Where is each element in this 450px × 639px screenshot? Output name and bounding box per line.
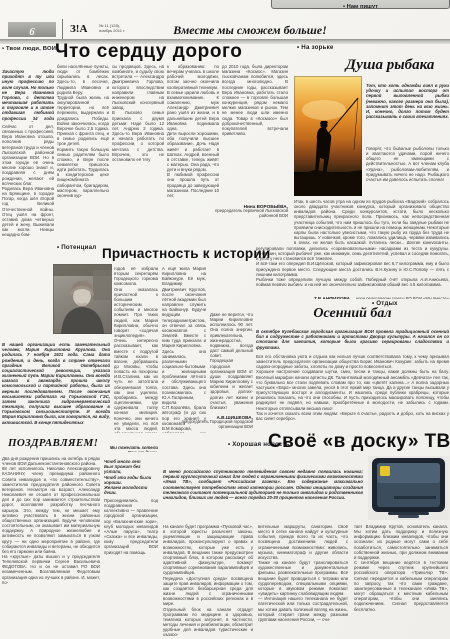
- history-signature: А.В.ШИШКОВА, председатель Городецкой гор…: [170, 415, 253, 435]
- page-number: 6: [29, 26, 35, 38]
- previous-section-box: • Нам пишут: [271, 0, 450, 9]
- headline-fisher: Душа рыбака: [330, 57, 450, 74]
- heart-col3: сы продавцов. Здесь, на комбинате, и суд…: [112, 64, 164, 246]
- congrats-col2-text: Присоединились под поздравления коллекти…: [104, 498, 158, 626]
- congrats-verse: Чтоб много лет Был прожит без устали, Чт…: [104, 454, 158, 494]
- tv-col3: тает Владимир Крутов, основатель канала.…: [354, 524, 448, 636]
- fisherman-photo: [294, 76, 362, 196]
- tv-col2: вительные маршруты, санатории. Своё мест…: [258, 524, 348, 636]
- history-col1: годов её избрали вторым секретарём Город…: [114, 266, 158, 433]
- issue-date: ноябрь 2011 г.: [99, 29, 125, 34]
- fisher-signature: Т.В.АНФИЛОВА, член редколлегии газеты РО…: [300, 287, 449, 299]
- headline-history: Причастность к истории: [102, 246, 257, 261]
- ball-lede: В октябре Кулебакская городская организа…: [256, 324, 449, 352]
- heart-col2: били населённые пункты, люди от бомбёжек…: [57, 64, 109, 246]
- history-photo: [53, 264, 112, 334]
- newspaper-logo: З!А: [70, 23, 87, 35]
- headline-heart: Что сердцу дорого: [55, 41, 291, 63]
- fisher-lede: Тот, кто хоть однажды взял в руки удочку…: [366, 78, 449, 144]
- heart-col5: до 2010 года, была директором магазина «…: [222, 64, 288, 200]
- section-label-potencial: • Потенциал: [57, 244, 96, 251]
- headline-tv: Своё «в доску» ТВ: [268, 431, 450, 453]
- top-right-label: • Нам пишут: [343, 4, 378, 9]
- history-col3: Даже не верится, что Марии Кирилловне ис…: [210, 312, 253, 414]
- slogan: Вместе мы сможем больше!: [150, 23, 350, 38]
- issue-info: № 11 (128), ноябрь 2011 г.: [99, 24, 125, 34]
- masthead-divider: [62, 19, 63, 39]
- section-label-na-zorke: • На зорьке: [297, 44, 334, 51]
- fisher-body2: Итак, в шесть часов утра на одном из пру…: [294, 199, 449, 244]
- tv-set-graphic: [368, 456, 449, 520]
- page-number-box: 6: [8, 22, 56, 37]
- section-label-tvoi-lyudi: • Твои люди, ВОИ: [2, 46, 56, 52]
- ball-body: Вся его обстановка уюта и отдыха как нел…: [256, 354, 449, 424]
- tv-col1: На канале будет программа «Пусковой час»…: [163, 524, 253, 636]
- tv-lede: В меню российского спутникового телевиде…: [163, 464, 363, 520]
- tv-set-image: [368, 456, 449, 520]
- fisher-body3: регулировали поплавки, делились «соревно…: [256, 246, 449, 286]
- fisherman-silhouette: [294, 76, 362, 196]
- congrats-col2-intro: Мы пожелать хотели Вам от души,: [104, 440, 158, 452]
- heart-lede: Зачастую люди приходят в ту или иную про…: [2, 64, 54, 122]
- congrats-col1: Два дня рождения пришлись на октябрь в р…: [2, 456, 100, 608]
- newspaper-page: • Нам пишут 6 З!А № 11 (128), ноябрь 201…: [0, 0, 450, 639]
- headline-congrats: ПОЗДРАВЛЯЕМ!: [8, 437, 98, 449]
- elderly-woman-figure: [53, 264, 112, 334]
- fisher-body1: Говорят, что бывалые рыболовы только и х…: [366, 146, 449, 196]
- heart-col1: Сейчас от дел, связанных с профессией, В…: [2, 124, 54, 246]
- history-lede: В нашей организации есть замечательный ч…: [2, 337, 110, 433]
- headline-ball: Осенний бал: [256, 306, 449, 322]
- heart-signature: Нина ВОРОБЬЁВА, председатель первичной Л…: [200, 204, 288, 228]
- history-col2: А ещё жила Мария Кирилловна на Байконуре…: [162, 266, 206, 433]
